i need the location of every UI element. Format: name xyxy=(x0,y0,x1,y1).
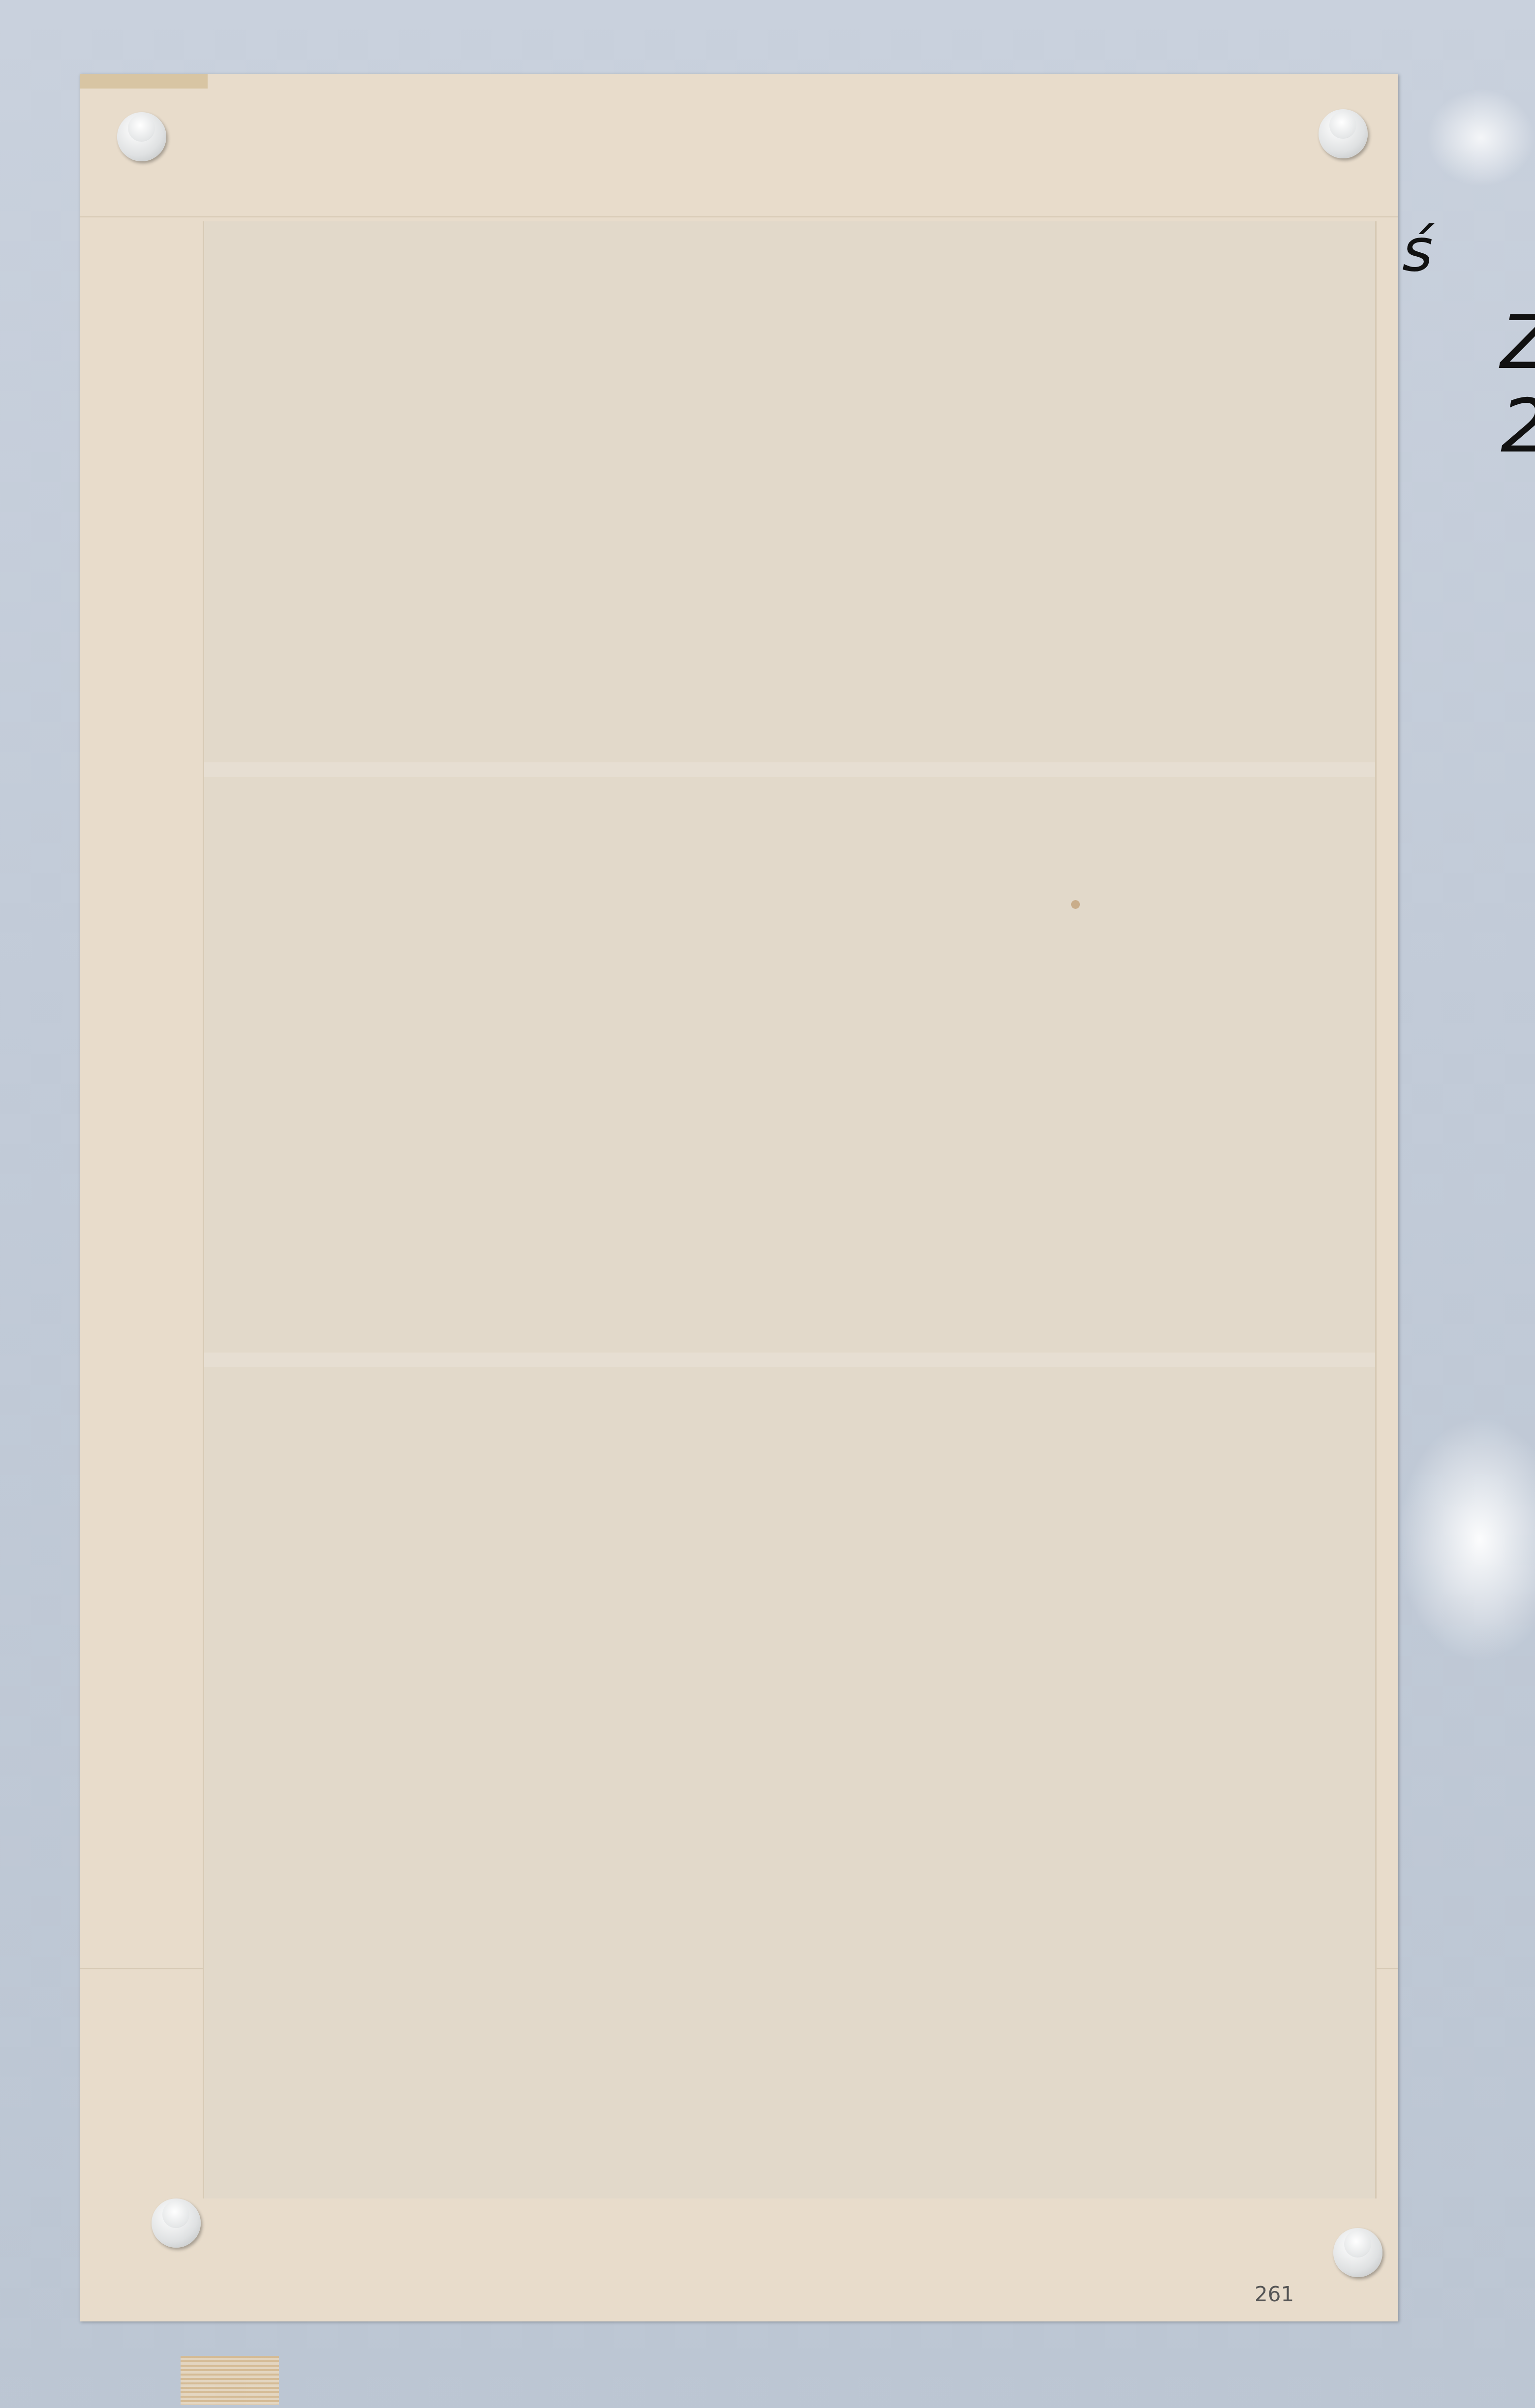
tape-residue xyxy=(181,2356,279,2405)
whiteboard-glare xyxy=(1397,1416,1535,1662)
pin-icon[interactable] xyxy=(1319,109,1368,158)
print-back-sheet xyxy=(80,74,1398,2321)
fold-band xyxy=(204,762,1375,777)
pin-icon[interactable] xyxy=(117,112,166,161)
whiteboard-glare xyxy=(1427,89,1535,187)
whiteboard-mark: ś xyxy=(1402,216,1433,285)
whiteboard-mark: Z xyxy=(1501,300,1535,386)
whiteboard-mark: 2 xyxy=(1501,384,1535,469)
pin-icon[interactable] xyxy=(152,2198,201,2248)
pencil-inscription: 261 xyxy=(1255,2282,1294,2306)
stain-spot xyxy=(1071,900,1080,909)
pin-icon[interactable] xyxy=(1333,2228,1382,2277)
tape-strip xyxy=(80,74,208,89)
fold-band xyxy=(204,1353,1375,1367)
print-area xyxy=(203,221,1377,2198)
show-through-text xyxy=(660,261,1349,408)
